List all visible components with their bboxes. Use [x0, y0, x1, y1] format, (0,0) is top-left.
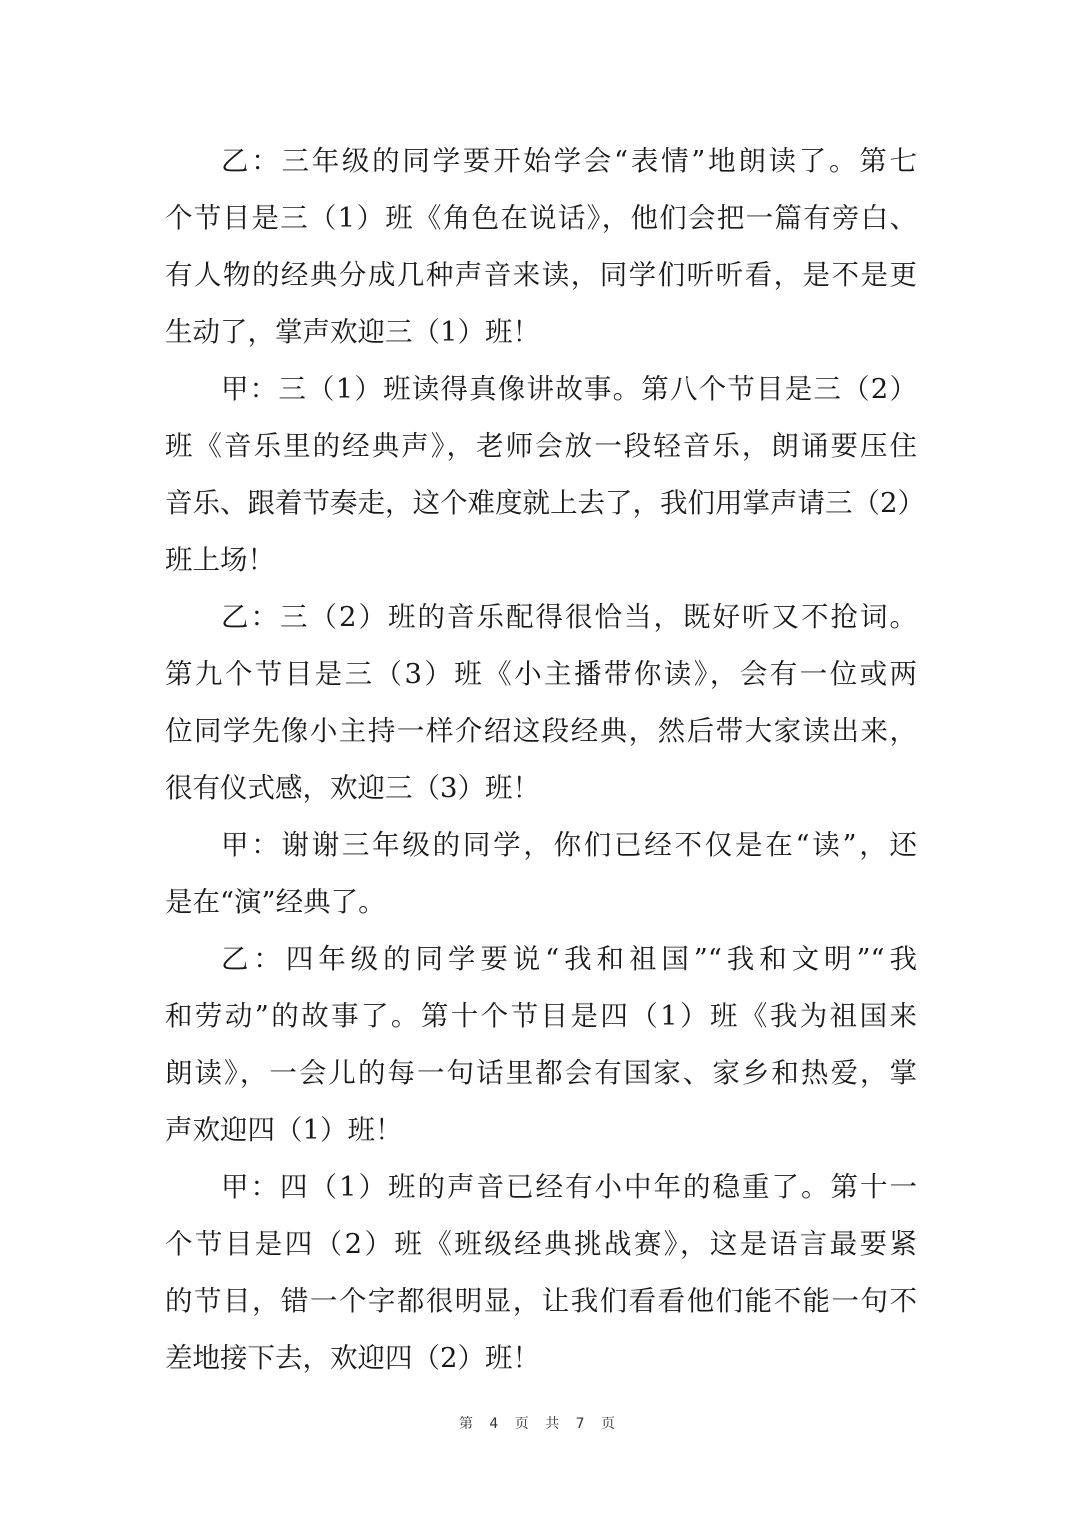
text-line: 有人物的经典分成几种声音来读，同学们听听看，是不是更: [165, 247, 917, 304]
paragraph-yi-program9: 乙：三（2）班的音乐配得很恰当，既好听又不抢词。 第九个节目是三（3）班《小主播…: [165, 589, 917, 817]
text-line: 乙：三（2）班的音乐配得很恰当，既好听又不抢词。: [165, 589, 917, 646]
paragraph-jia-program8: 甲：三（1）班读得真像讲故事。第八个节目是三（2） 班《音乐里的经典声》，老师会…: [165, 361, 917, 589]
text-line: 乙：四年级的同学要说“我和祖国”“我和文明”“我: [165, 931, 917, 988]
paragraph-jia-program11: 甲：四（1）班的声音已经有小中年的稳重了。第十一 个节目是四（2）班《班级经典挑…: [165, 1159, 917, 1387]
paragraph-yi-program10: 乙：四年级的同学要说“我和祖国”“我和文明”“我 和劳动”的故事了。第十个节目是…: [165, 931, 917, 1159]
text-line: 很有仪式感，欢迎三（3）班！: [165, 760, 917, 817]
text-line: 朗读》，一会儿的每一句话里都会有国家、家乡和热爱，掌: [165, 1045, 917, 1102]
text-line: 班《音乐里的经典声》，老师会放一段轻音乐，朗诵要压住: [165, 418, 917, 475]
page-number-footer: 第 4 页 共 7 页: [0, 1413, 1080, 1433]
text-line: 甲：三（1）班读得真像讲故事。第八个节目是三（2）: [165, 361, 917, 418]
text-line: 乙：三年级的同学要开始学会“表情”地朗读了。第七: [165, 133, 917, 190]
text-line: 声欢迎四（1）班！: [165, 1102, 917, 1159]
document-body: 乙：三年级的同学要开始学会“表情”地朗读了。第七 个节目是三（1）班《角色在说话…: [165, 133, 917, 1387]
text-line: 个节目是三（1）班《角色在说话》，他们会把一篇有旁白、: [165, 190, 917, 247]
text-line: 差地接下去，欢迎四（2）班！: [165, 1330, 917, 1387]
document-page: 乙：三年级的同学要开始学会“表情”地朗读了。第七 个节目是三（1）班《角色在说话…: [0, 0, 1080, 1527]
paragraph-yi-grade3-intro: 乙：三年级的同学要开始学会“表情”地朗读了。第七 个节目是三（1）班《角色在说话…: [165, 133, 917, 361]
text-line: 甲：四（1）班的声音已经有小中年的稳重了。第十一: [165, 1159, 917, 1216]
text-line: 第九个节目是三（3）班《小主播带你读》，会有一位或两: [165, 646, 917, 703]
text-line: 班上场！: [165, 532, 917, 589]
paragraph-jia-grade3-thanks: 甲：谢谢三年级的同学，你们已经不仅是在“读”，还 是在“演”经典了。: [165, 817, 917, 931]
text-line: 甲：谢谢三年级的同学，你们已经不仅是在“读”，还: [165, 817, 917, 874]
text-line: 个节目是四（2）班《班级经典挑战赛》，这是语言最要紧: [165, 1216, 917, 1273]
text-line: 音乐、跟着节奏走，这个难度就上去了，我们用掌声请三（2）: [165, 475, 917, 532]
text-line: 和劳动”的故事了。第十个节目是四（1）班《我为祖国来: [165, 988, 917, 1045]
text-line: 生动了，掌声欢迎三（1）班！: [165, 304, 917, 361]
text-line: 的节目，错一个字都很明显，让我们看看他们能不能一句不: [165, 1273, 917, 1330]
text-line: 是在“演”经典了。: [165, 874, 917, 931]
text-line: 位同学先像小主持一样介绍这段经典，然后带大家读出来，: [165, 703, 917, 760]
